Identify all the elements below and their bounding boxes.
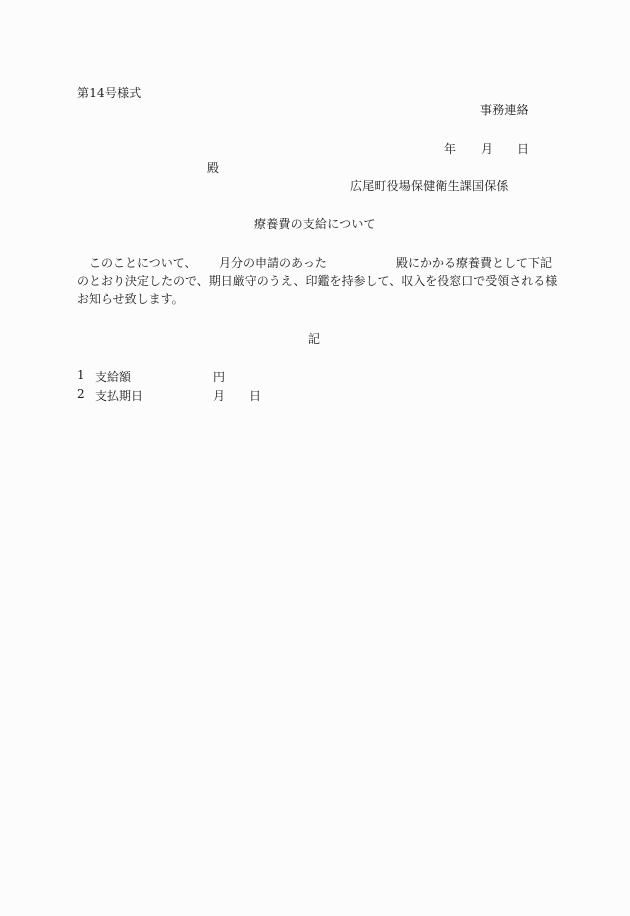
body-line-1-part-2: 月分の申請のあった [219, 254, 327, 272]
body-line-2: のとおり決定したので、期日厳守のうえ、印鑑を持参して、収入を役窓口で受領される様 [77, 272, 552, 290]
form-number: 第14号様式 [77, 86, 141, 100]
document-subject: 療養費の支給について [254, 217, 376, 231]
recipient-honorific: 殿 [207, 161, 219, 175]
date-day-label: 日 [517, 142, 529, 156]
item-day-label: 日 [249, 387, 261, 404]
body-paragraph: このことについて、 月分の申請のあった 殿にかかる療養費として下記 のとおり決定… [77, 254, 552, 308]
date-month-label: 月 [481, 142, 493, 156]
body-line-1-part-1: このことについて、 [89, 254, 197, 272]
item-label: 支払期日 [95, 387, 143, 404]
item-payment-date: 2 支払期日 月 日 [77, 387, 377, 403]
item-payment-amount: 1 支給額 円 [77, 368, 377, 384]
item-number: 2 [77, 387, 85, 401]
notes-heading: 記 [308, 332, 320, 346]
date-year-label: 年 [444, 142, 456, 156]
sender-department: 広尾町役場保健衛生課国保係 [350, 179, 509, 193]
body-line-3: お知らせ致します。 [77, 290, 552, 308]
item-unit: 円 [213, 368, 225, 385]
body-line-1-part-3: 殿にかかる療養費として下記 [396, 254, 552, 272]
body-line-1: このことについて、 月分の申請のあった 殿にかかる療養費として下記 [77, 254, 552, 272]
document-type: 事務連絡 [480, 103, 529, 117]
item-month-label: 月 [213, 387, 225, 404]
item-label: 支給額 [95, 368, 131, 385]
item-number: 1 [77, 368, 85, 382]
